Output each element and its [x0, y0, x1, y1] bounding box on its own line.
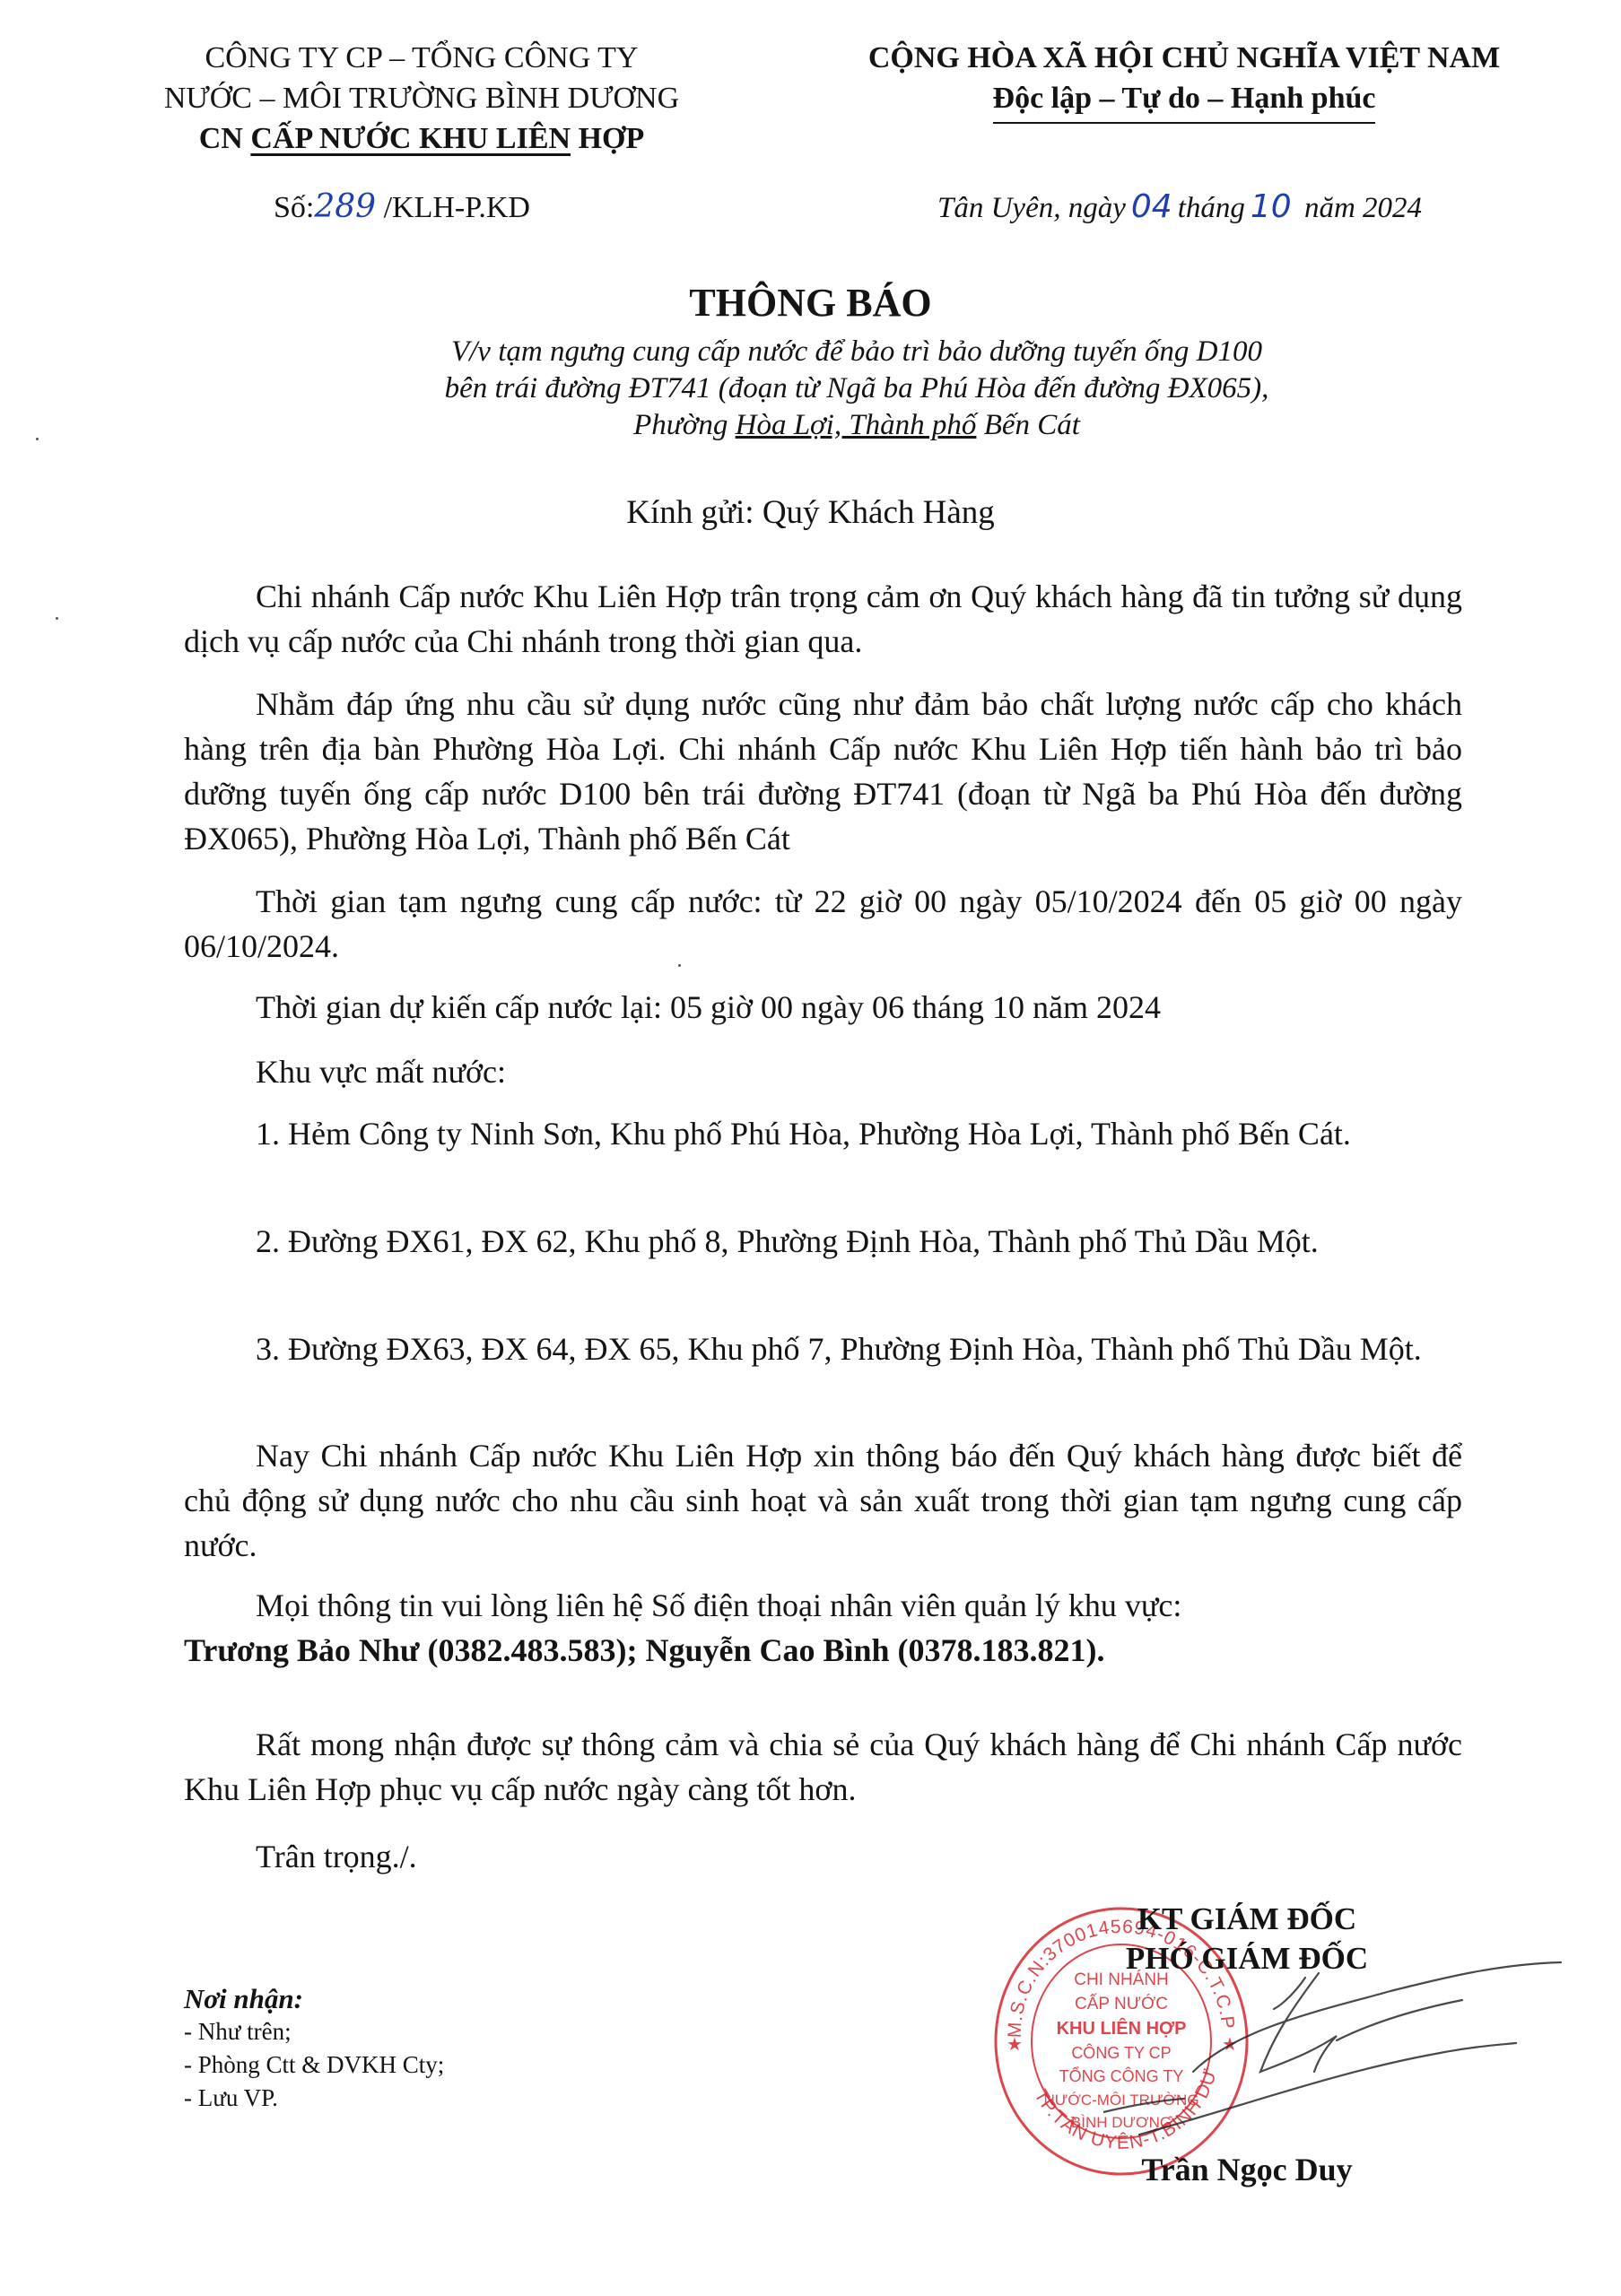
- body-paragraph-2: Nhằm đáp ứng nhu cầu sử dụng nước cũng n…: [184, 682, 1462, 861]
- national-motto: Độc lập – Tự do – Hạnh phúc: [993, 78, 1376, 124]
- area-list-item: 1. Hẻm Công ty Ninh Sơn, Khu phố Phú Hòa…: [256, 1112, 1462, 1155]
- recipient-item: - Phòng Ctt & DVKH Cty;: [184, 2048, 444, 2082]
- issuer-block: CÔNG TY CP – TỔNG CÔNG TY NƯỚC – MÔI TRƯ…: [126, 38, 718, 159]
- paragraph-text: Chi nhánh Cấp nước Khu Liên Hợp trân trọ…: [184, 574, 1462, 664]
- date-month-label: tháng: [1178, 192, 1245, 224]
- body-paragraph-notice: Nay Chi nhánh Cấp nước Khu Liên Hợp xin …: [184, 1433, 1462, 1568]
- branch-suffix: HỢP: [571, 122, 644, 155]
- national-header: CỘNG HÒA XÃ HỘI CHỦ NGHĨA VIỆT NAM Độc l…: [771, 38, 1597, 124]
- area-text: Hẻm Công ty Ninh Sơn, Khu phố Phú Hòa, P…: [288, 1116, 1351, 1152]
- document-title: THÔNG BÁO: [0, 280, 1621, 326]
- paragraph-text: Nhằm đáp ứng nhu cầu sử dụng nước cũng n…: [184, 682, 1462, 861]
- doc-number-suffix: /KLH-P.KD: [376, 191, 530, 224]
- paragraph-text: Thời gian dự kiến cấp nước lại: 05 giờ 0…: [184, 985, 1462, 1030]
- subject-line-1: V/v tạm ngưng cung cấp nước để bảo trì b…: [341, 334, 1373, 370]
- paragraph-text: Nay Chi nhánh Cấp nước Khu Liên Hợp xin …: [184, 1433, 1462, 1568]
- subject-line-3-prefix: Phường: [633, 409, 736, 441]
- issuer-line-1: CÔNG TY CP – TỔNG CÔNG TY: [126, 38, 718, 78]
- handwritten-signature: [1103, 1937, 1570, 2161]
- area-list-item: 3. Đường ĐX63, ĐX 64, ĐX 65, Khu phố 7, …: [256, 1327, 1462, 1370]
- body-paragraph-contact: Mọi thông tin vui lòng liên hệ Số điện t…: [184, 1583, 1462, 1673]
- branch-underlined: CẤP NƯỚC KHU LIÊN: [250, 122, 571, 155]
- subject-line-3-underlined: Hòa Lợi, Thành phố: [736, 409, 977, 441]
- paragraph-text: Khu vực mất nước:: [184, 1049, 1462, 1094]
- paragraph-text: Thời gian tạm ngưng cung cấp nước: từ 22…: [184, 879, 1462, 969]
- date-year: năm 2024: [1304, 192, 1422, 224]
- area-number: 1.: [256, 1116, 280, 1152]
- date-place: Tân Uyên, ngày: [937, 192, 1126, 224]
- body-paragraph-outage-time: Thời gian tạm ngưng cung cấp nước: từ 22…: [184, 879, 1462, 969]
- document-number: Số:289 /KLH-P.KD: [274, 188, 530, 225]
- issuer-branch: CN CẤP NƯỚC KHU LIÊN HỢP: [126, 118, 718, 159]
- area-number: 3.: [256, 1331, 280, 1367]
- recipients-block: Nơi nhận: - Như trên; - Phòng Ctt & DVKH…: [184, 1982, 444, 2115]
- signatory-title-line-1: KT GIÁM ĐỐC: [1068, 1900, 1426, 1939]
- national-title: CỘNG HÒA XÃ HỘI CHỦ NGHĨA VIỆT NAM: [771, 38, 1597, 78]
- date-day-handwritten: 04: [1131, 188, 1172, 225]
- doc-number-prefix: Số:: [274, 191, 314, 224]
- area-text: Đường ĐX61, ĐX 62, Khu phố 8, Phường Địn…: [288, 1223, 1319, 1259]
- signatory-name: Trần Ngọc Duy: [1068, 2151, 1426, 2188]
- greeting: Kính gửi: Quý Khách Hàng: [0, 493, 1621, 532]
- recipients-label: Nơi nhận:: [184, 1982, 444, 2015]
- doc-number-handwritten: 289: [314, 188, 376, 225]
- area-number: 2.: [256, 1223, 280, 1259]
- subject-line-3-suffix: Bến Cát: [976, 409, 1079, 441]
- recipient-item: - Lưu VP.: [184, 2082, 444, 2115]
- date-line: Tân Uyên, ngày04tháng10 năm 2024: [937, 188, 1422, 225]
- area-list-item: 2. Đường ĐX61, ĐX 62, Khu phố 8, Phường …: [256, 1220, 1462, 1263]
- closing: Trân trọng./.: [184, 1834, 1462, 1879]
- scan-speck: [56, 617, 58, 620]
- closing-text: Trân trọng./.: [184, 1834, 1462, 1879]
- body-paragraph-thanks: Rất mong nhận được sự thông cảm và chia …: [184, 1722, 1462, 1812]
- document-subject: V/v tạm ngưng cung cấp nước để bảo trì b…: [341, 334, 1373, 444]
- star-icon: ★: [1007, 2035, 1023, 2055]
- subject-line-3: Phường Hòa Lợi, Thành phố Bến Cát: [341, 407, 1373, 444]
- paragraph-text: Rất mong nhận được sự thông cảm và chia …: [184, 1722, 1462, 1812]
- body-paragraph-areas-label: Khu vực mất nước:: [184, 1049, 1462, 1094]
- body-paragraph-restore-time: Thời gian dự kiến cấp nước lại: 05 giờ 0…: [184, 985, 1462, 1030]
- branch-prefix: CN: [199, 122, 251, 155]
- area-text: Đường ĐX63, ĐX 64, ĐX 65, Khu phố 7, Phư…: [288, 1331, 1422, 1367]
- issuer-line-2: NƯỚC – MÔI TRƯỜNG BÌNH DƯƠNG: [126, 78, 718, 118]
- subject-line-2: bên trái đường ĐT741 (đoạn từ Ngã ba Phú…: [341, 370, 1373, 407]
- date-month-handwritten: 10: [1251, 188, 1292, 225]
- paragraph-text: Mọi thông tin vui lòng liên hệ Số điện t…: [184, 1583, 1462, 1628]
- recipient-item: - Như trên;: [184, 2015, 444, 2048]
- contact-names: Trương Bảo Như (0382.483.583); Nguyễn Ca…: [184, 1628, 1462, 1673]
- body-paragraph-1: Chi nhánh Cấp nước Khu Liên Hợp trân trọ…: [184, 574, 1462, 664]
- scan-speck: [678, 964, 681, 967]
- scan-speck: [36, 438, 39, 440]
